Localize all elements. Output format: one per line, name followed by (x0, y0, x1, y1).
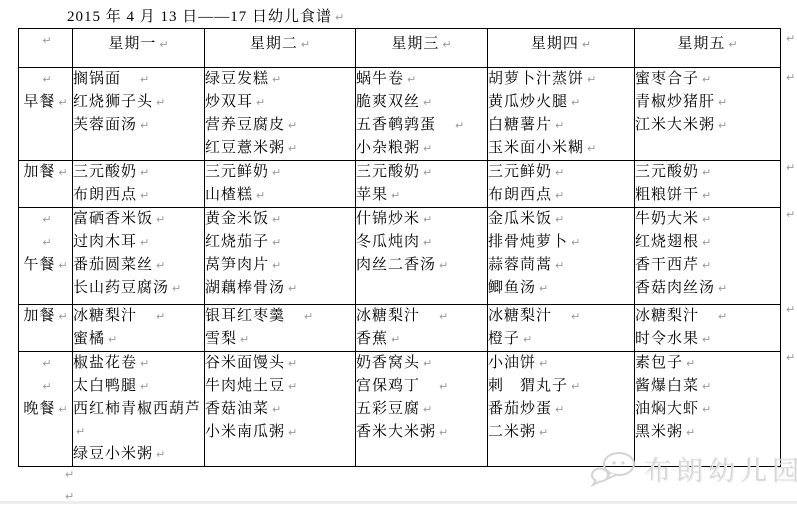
menu-item-text: 红烧翅根 (635, 234, 699, 250)
paragraph-mark-icon: ↵ (702, 73, 711, 86)
menu-cell: 什锦炒米↵冬瓜炖肉↵肉丝二香汤↵ (356, 208, 488, 305)
menu-item: 橙子↵ (488, 328, 634, 351)
paragraph-mark-icon: ↵ (702, 213, 711, 226)
menu-row: 加餐↵冰糖梨汁 ↵蜜橘↵银耳红枣羹 ↵雪梨↵冰糖梨汁 ↵香蕉↵冰糖梨汁 ↵橙子↵… (19, 305, 781, 352)
menu-item-text: 红烧狮子头 (73, 94, 153, 110)
menu-item: 炒双耳↵ (205, 91, 355, 114)
menu-item: 油焖大虾↵ (635, 398, 780, 421)
menu-item-text: 小油饼 (488, 355, 536, 371)
paragraph-mark-icon: ↵ (587, 73, 596, 86)
day-header: 星期二↵ (205, 29, 356, 68)
menu-item: 冰糖梨汁 ↵ (635, 305, 780, 328)
paragraph-mark-icon: ↵ (702, 403, 711, 416)
paragraph-mark-icon: ↵ (272, 236, 281, 249)
menu-item-text: 五彩豆腐 (356, 401, 420, 417)
paragraph-mark-icon: ↵ (288, 119, 297, 132)
menu-item-text: 搁锅面 (73, 71, 137, 87)
menu-cell: 冰糖梨汁 ↵时令水果↵ (635, 305, 781, 352)
menu-item-text: 营养豆腐皮 (205, 117, 285, 133)
menu-item-text: 绿豆发糕 (205, 71, 269, 87)
menu-item-text: 江米大米粥 (635, 117, 715, 133)
menu-item: 富硒香米饭↵ (73, 208, 204, 231)
menu-cell: 奶香窝头↵宫保鸡丁 ↵五彩豆腐↵香米大米粥↵ (356, 352, 488, 467)
menu-item-text: 芙蓉面汤 (73, 117, 137, 133)
paragraph-mark-icon: ↵ (256, 189, 265, 202)
menu-item-text: 油焖大虾 (635, 401, 699, 417)
menu-item-text: 香干西芹 (635, 257, 699, 273)
menu-item-text: 牛奶大米 (635, 211, 699, 227)
menu-cell: 蜗牛卷↵脆爽双丝↵五香鹌鹑蛋 ↵小杂粮粥↵ (356, 68, 488, 161)
watermark: 布朗幼儿园 (590, 449, 797, 488)
menu-item-text: 过肉木耳 (73, 234, 137, 250)
paragraph-mark-icon: ↵ (301, 38, 310, 51)
menu-item-text: 三元酸奶 (635, 164, 699, 180)
menu-item-text: 奶香窝头 (356, 355, 420, 371)
paragraph-mark-icon: ↵ (156, 96, 165, 109)
menu-item-text: 蜜橘 (73, 331, 105, 347)
meal-label-cell: 加餐↵ (19, 161, 73, 208)
paragraph-mark-icon: ↵ (140, 189, 149, 202)
blank-line: ↵ (19, 208, 72, 231)
menu-item-text: 西红柿青椒西葫芦 (73, 401, 201, 417)
paragraph-mark-icon: ↵ (140, 357, 149, 370)
paragraph-mark-icon: ↵ (140, 236, 149, 249)
day-header-text: 星期三 (391, 36, 439, 52)
day-header: 星期四↵ (488, 29, 635, 68)
menu-cell: 银耳红枣羹 ↵雪梨↵ (205, 305, 356, 352)
paragraph-mark-icon: ↵ (58, 166, 67, 179)
menu-item: 红豆薏米粥↵ (205, 137, 355, 160)
paragraph-mark-icon: ↵ (272, 403, 281, 416)
paragraph-mark-icon: ↵ (702, 166, 711, 179)
menu-item-text: 素包子 (635, 355, 683, 371)
menu-item: 太白鸭腿↵ (73, 375, 204, 398)
menu-cell: 冰糖梨汁 ↵香蕉↵ (356, 305, 488, 352)
paragraph-mark-icon: ↵ (686, 426, 695, 439)
menu-cell: 富硒香米饭↵过肉木耳↵番茄圆菜丝↵长山药豆腐汤↵ (73, 208, 205, 305)
paragraph-mark-icon: ↵ (272, 73, 281, 86)
menu-item: 素包子↵ (635, 352, 780, 375)
paragraph-mark-icon: ↵ (288, 426, 297, 439)
menu-item-text: 排骨炖萝卜 (488, 234, 568, 250)
menu-item: 什锦炒米↵ (356, 208, 487, 231)
menu-item-text: 胡萝卜汁蒸饼 (488, 71, 584, 87)
menu-item-text: 橙子 (488, 331, 520, 347)
menu-item: 肉丝二香汤↵ (356, 254, 487, 277)
menu-item: 奶香窝头↵ (356, 352, 487, 375)
menu-item: 胡萝卜汁蒸饼↵ (488, 68, 634, 91)
paragraph-mark-icon: ↵ (42, 236, 51, 249)
page-title-text: 2015 年 4 月 13 日——17 日幼儿食谱 (67, 9, 332, 25)
paragraph-mark-icon: ↵ (156, 448, 165, 461)
menu-item: 蒜蓉茼蒿↵ (488, 254, 634, 277)
menu-item-text: 太白鸭腿 (73, 378, 137, 394)
menu-item-text: 谷米面馒头 (205, 355, 285, 371)
menu-item-text: 蜜枣合子 (635, 71, 699, 87)
menu-item-text: 三元酸奶 (356, 164, 420, 180)
paragraph-mark-icon: ↵ (439, 259, 448, 272)
paragraph-mark-icon: ↵ (58, 403, 67, 416)
paragraph-mark-icon: ↵ (571, 96, 580, 109)
menu-item: 谷米面馒头↵ (205, 352, 355, 375)
menu-item-text: 时令水果 (635, 331, 699, 347)
day-header-text: 星期四 (531, 36, 579, 52)
menu-item-text: 冬瓜炖肉 (356, 234, 420, 250)
menu-item-text: 番茄圆菜丝 (73, 257, 153, 273)
paragraph-mark-icon: ↵ (718, 119, 727, 132)
page-title: 2015 年 4 月 13 日——17 日幼儿食谱↵ (67, 5, 344, 26)
day-header-text: 星期五 (677, 36, 725, 52)
menu-item-text: 青椒炒猪肝 (635, 94, 715, 110)
menu-item: 过肉木耳↵ (73, 231, 204, 254)
menu-item: 刺 猬丸子↵ (488, 375, 634, 398)
menu-row: 加餐↵三元酸奶↵布朗西点↵三元鲜奶↵山楂糕↵三元酸奶↵苹果↵三元鲜奶↵布朗西点↵… (19, 161, 781, 208)
menu-item: 青椒炒猪肝↵ (635, 91, 780, 114)
menu-item-text: 冰糖梨汁 (356, 308, 436, 324)
paragraph-mark-icon: ↵ (786, 208, 795, 221)
paragraph-mark-icon: ↵ (702, 236, 711, 249)
menu-cell: 三元鲜奶↵山楂糕↵ (205, 161, 356, 208)
menu-item: 三元鲜奶↵ (488, 161, 634, 184)
menu-item: 香菇肉丝汤↵ (635, 277, 780, 300)
paragraph-mark-icon: ↵ (272, 259, 281, 272)
menu-item-text: 蒜蓉茼蒿 (488, 257, 552, 273)
menu-item-text: 五香鹌鹑蛋 (356, 117, 452, 133)
day-header-text: 星期二 (250, 36, 298, 52)
paragraph-mark-icon: ↵ (58, 259, 67, 272)
menu-cell: 椒盐花卷↵太白鸭腿↵西红柿青椒西葫芦↵绿豆小米粥↵ (73, 352, 205, 467)
menu-item-text: 牛肉炖土豆 (205, 378, 285, 394)
menu-item: 银耳红枣羹 ↵ (205, 305, 355, 328)
menu-item-text: 香蕉 (356, 331, 388, 347)
menu-item: 香米大米粥↵ (356, 421, 487, 444)
paragraph-mark-icon: ↵ (42, 73, 51, 86)
corner-header-cell: ↵ (19, 29, 73, 68)
paragraph-mark-icon: ↵ (702, 259, 711, 272)
menu-item: 三元鲜奶↵ (205, 161, 355, 184)
menu-item: 番茄炒蛋↵ (488, 398, 634, 421)
paragraph-mark-icon: ↵ (159, 38, 168, 51)
menu-item: 金瓜米饭↵ (488, 208, 634, 231)
paragraph-mark-icon: ↵ (65, 468, 74, 481)
paragraph-mark-icon: ↵ (728, 38, 737, 51)
menu-item: 绿豆发糕↵ (205, 68, 355, 91)
paragraph-mark-icon: ↵ (439, 380, 448, 393)
menu-item: 冰糖梨汁 ↵ (356, 305, 487, 328)
paragraph-mark-icon: ↵ (555, 403, 564, 416)
menu-item: 酱爆白菜↵ (635, 375, 780, 398)
menu-item: 红烧茄子↵ (205, 231, 355, 254)
bottom-divider (0, 501, 797, 504)
menu-cell: 三元酸奶↵粗粮饼干↵ (635, 161, 781, 208)
paragraph-mark-icon: ↵ (140, 166, 149, 179)
menu-item-text: 香米大米粥 (356, 424, 436, 440)
paragraph-mark-icon: ↵ (272, 166, 281, 179)
meal-label: 晚餐 (23, 401, 55, 417)
menu-item-text: 布朗西点 (488, 187, 552, 203)
paragraph-mark-icon: ↵ (42, 380, 51, 393)
menu-item: 布朗西点↵ (488, 184, 634, 207)
menu-item: 冰糖梨汁 ↵ (73, 305, 204, 328)
menu-item-text: 冰糖梨汁 (73, 308, 153, 324)
menu-item: 蜜橘↵ (73, 328, 204, 351)
menu-item-text: 白糖薯片 (488, 117, 552, 133)
menu-item: 时令水果↵ (635, 328, 780, 351)
menu-item-text: 长山药豆腐汤 (73, 280, 169, 296)
menu-cell: 金瓜米饭↵排骨炖萝卜↵蒜蓉茼蒿↵鲫鱼汤↵ (488, 208, 635, 305)
paragraph-mark-icon: ↵ (555, 259, 564, 272)
menu-cell: 胡萝卜汁蒸饼↵黄瓜炒火腿↵白糖薯片↵玉米面小米糊↵ (488, 68, 635, 161)
paragraph-mark-icon: ↵ (786, 161, 795, 174)
menu-item-text: 小杂粮粥 (356, 140, 420, 156)
menu-item-text: 黄金米饭 (205, 211, 269, 227)
paragraph-mark-icon: ↵ (288, 357, 297, 370)
paragraph-mark-icon: ↵ (702, 333, 711, 346)
paragraph-mark-icon: ↵ (786, 32, 795, 45)
menu-item: 牛奶大米↵ (635, 208, 780, 231)
menu-row: ↵↵午餐↵富硒香米饭↵过肉木耳↵番茄圆菜丝↵长山药豆腐汤↵黄金米饭↵红烧茄子↵莴… (19, 208, 781, 305)
menu-item-text: 布朗西点 (73, 187, 137, 203)
menu-item-text: 肉丝二香汤 (356, 257, 436, 273)
menu-item-text: 银耳红枣羹 (205, 308, 301, 324)
paragraph-mark-icon: ↵ (288, 142, 297, 155)
meal-label-cell: ↵早餐↵ (19, 68, 73, 161)
meal-label-cell: 加餐↵ (19, 305, 73, 352)
meal-label-cell: ↵↵午餐↵ (19, 208, 73, 305)
menu-item-text: 黄瓜炒火腿 (488, 94, 568, 110)
paragraph-mark-icon: ↵ (539, 426, 548, 439)
menu-item: 营养豆腐皮↵ (205, 114, 355, 137)
paragraph-mark-icon: ↵ (156, 259, 165, 272)
paragraph-mark-icon: ↵ (288, 282, 297, 295)
menu-item: 二米粥↵ (488, 421, 634, 444)
paragraph-mark-icon: ↵ (439, 426, 448, 439)
menu-item-text: 玉米面小米糊 (488, 140, 584, 156)
menu-item-text: 金瓜米饭 (488, 211, 552, 227)
paragraph-mark-icon: ↵ (423, 403, 432, 416)
menu-item: 长山药豆腐汤↵ (73, 277, 204, 300)
menu-item: 冰糖梨汁 ↵ (488, 305, 634, 328)
menu-item-text: 绿豆小米粥 (73, 446, 153, 462)
paragraph-mark-icon: ↵ (702, 189, 711, 202)
paragraph-mark-icon: ↵ (539, 357, 548, 370)
menu-item-text: 红烧茄子 (205, 234, 269, 250)
menu-item-text: 刺 猬丸子 (488, 378, 568, 394)
paragraph-mark-icon: ↵ (539, 282, 548, 295)
meal-label: 加餐 (23, 164, 55, 180)
paragraph-mark-icon: ↵ (140, 73, 149, 86)
menu-item: 黄金米饭↵ (205, 208, 355, 231)
paragraph-mark-icon: ↵ (391, 189, 400, 202)
day-header: 星期五↵ (635, 29, 781, 68)
menu-item: 脆爽双丝↵ (356, 91, 487, 114)
paragraph-mark-icon: ↵ (42, 213, 51, 226)
menu-item: 鲫鱼汤↵ (488, 277, 634, 300)
menu-item: 五香鹌鹑蛋 ↵ (356, 114, 487, 137)
menu-item: 蜗牛卷↵ (356, 68, 487, 91)
paragraph-mark-icon: ↵ (272, 213, 281, 226)
menu-item-text: 炒双耳 (205, 94, 253, 110)
menu-item: 布朗西点↵ (73, 184, 204, 207)
menu-item: 五彩豆腐↵ (356, 398, 487, 421)
menu-item-text: 粗粮饼干 (635, 187, 699, 203)
menu-item: 香菇油菜↵ (205, 398, 355, 421)
menu-cell: 黄金米饭↵红烧茄子↵莴笋肉片↵湖藕棒骨汤↵ (205, 208, 356, 305)
menu-row: ↵早餐↵搁锅面 ↵红烧狮子头↵芙蓉面汤↵绿豆发糕↵炒双耳↵营养豆腐皮↵红豆薏米粥… (19, 68, 781, 161)
paragraph-mark-icon: ↵ (423, 166, 432, 179)
paragraph-mark-icon: ↵ (42, 357, 51, 370)
paragraph-mark-icon: ↵ (140, 119, 149, 132)
paragraph-mark-icon: ↵ (718, 282, 727, 295)
chat-bubbles-icon (590, 451, 638, 487)
paragraph-mark-icon: ↵ (76, 425, 85, 438)
paragraph-mark-icon: ↵ (108, 333, 117, 346)
menu-item-text: 山楂糕 (205, 187, 253, 203)
menu-item-text: 莴笋肉片 (205, 257, 269, 273)
paragraph-mark-icon: ↵ (555, 166, 564, 179)
blank-line: ↵ (19, 352, 72, 375)
menu-item-text: 香菇肉丝汤 (635, 280, 715, 296)
paragraph-mark-icon: ↵ (423, 213, 432, 226)
menu-item: 玉米面小米糊↵ (488, 137, 634, 160)
meal-label: 加餐 (23, 308, 55, 324)
menu-item-text: 红豆薏米粥 (205, 140, 285, 156)
menu-item-text: 富硒香米饭 (73, 211, 153, 227)
menu-item: 红烧狮子头↵ (73, 91, 204, 114)
paragraph-mark-icon: ↵ (240, 333, 249, 346)
paragraph-mark-icon: ↵ (786, 303, 795, 316)
paragraph-mark-icon: ↵ (407, 73, 416, 86)
menu-item-text: 三元鲜奶 (488, 164, 552, 180)
menu-cell: 牛奶大米↵红烧翅根↵香干西芹↵香菇肉丝汤↵ (635, 208, 781, 305)
menu-item: 冬瓜炖肉↵ (356, 231, 487, 254)
menu-item-text: 香菇油菜 (205, 401, 269, 417)
day-header: 星期一↵ (73, 29, 205, 68)
menu-item: 芙蓉面汤↵ (73, 114, 204, 137)
menu-item: 雪梨↵ (205, 328, 355, 351)
menu-item-text: 椒盐花卷 (73, 355, 137, 371)
menu-cell: 蜜枣合子↵青椒炒猪肝↵江米大米粥↵ (635, 68, 781, 161)
menu-item: 宫保鸡丁 ↵ (356, 375, 487, 398)
menu-item-text: 小米南瓜粥 (205, 424, 285, 440)
day-header: 星期三↵ (356, 29, 488, 68)
menu-item: 粗粮饼干↵ (635, 184, 780, 207)
menu-item: 小米南瓜粥↵ (205, 421, 355, 444)
menu-cell: 绿豆发糕↵炒双耳↵营养豆腐皮↵红豆薏米粥↵ (205, 68, 356, 161)
meal-label: 午餐 (23, 257, 55, 273)
blank-line: ↵ (19, 231, 72, 254)
menu-item: 江米大米粥↵ (635, 114, 780, 137)
paragraph-mark-icon: ↵ (140, 380, 149, 393)
paragraph-mark-icon: ↵ (256, 96, 265, 109)
paragraph-mark-icon: ↵ (571, 236, 580, 249)
menu-item-text: 雪梨 (205, 331, 237, 347)
menu-item-text: 什锦炒米 (356, 211, 420, 227)
paragraph-mark-icon: ↵ (391, 333, 400, 346)
paragraph-mark-icon: ↵ (702, 380, 711, 393)
menu-item: 黑米粥↵ (635, 421, 780, 444)
paragraph-mark-icon: ↵ (718, 96, 727, 109)
paragraph-mark-icon: ↵ (555, 213, 564, 226)
paragraph-mark-icon: ↵ (58, 96, 67, 109)
day-header-text: 星期一 (108, 36, 156, 52)
menu-item: 番茄圆菜丝↵ (73, 254, 204, 277)
menu-item-text: 三元酸奶 (73, 164, 137, 180)
paragraph-mark-icon: ↵ (156, 310, 165, 323)
menu-item: 香蕉↵ (356, 328, 487, 351)
watermark-text: 布朗幼儿园 (644, 449, 797, 488)
menu-cell: 三元酸奶↵布朗西点↵ (73, 161, 205, 208)
menu-item: 山楂糕↵ (205, 184, 355, 207)
paragraph-mark-icon: ↵ (42, 34, 51, 47)
menu-item: 黄瓜炒火腿↵ (488, 91, 634, 114)
paragraph-mark-icon: ↵ (156, 213, 165, 226)
meal-label: 早餐 (23, 94, 55, 110)
menu-cell: 冰糖梨汁 ↵橙子↵ (488, 305, 635, 352)
menu-item-text: 黑米粥 (635, 424, 683, 440)
paragraph-mark-icon: ↵ (686, 357, 695, 370)
menu-item: 红烧翅根↵ (635, 231, 780, 254)
menu-item: 湖藕棒骨汤↵ (205, 277, 355, 300)
menu-item-text: 鲫鱼汤 (488, 280, 536, 296)
paragraph-mark-icon: ↵ (786, 71, 795, 84)
menu-item: 牛肉炖土豆↵ (205, 375, 355, 398)
menu-item-text: 宫保鸡丁 (356, 378, 436, 394)
menu-cell: 谷米面馒头↵牛肉炖土豆↵香菇油菜↵小米南瓜粥↵ (205, 352, 356, 467)
menu-item-text: 三元鲜奶 (205, 164, 269, 180)
paragraph-mark-icon: ↵ (587, 142, 596, 155)
menu-cell: 冰糖梨汁 ↵蜜橘↵ (73, 305, 205, 352)
menu-item-text: 湖藕棒骨汤 (205, 280, 285, 296)
document-page: 2015 年 4 月 13 日——17 日幼儿食谱↵ ↵星期一↵星期二↵星期三↵… (0, 0, 797, 509)
paragraph-mark-icon: ↵ (571, 310, 580, 323)
paragraph-mark-icon: ↵ (718, 310, 727, 323)
paragraph-mark-icon: ↵ (442, 38, 451, 51)
menu-item: 白糖薯片↵ (488, 114, 634, 137)
menu-item: 三元酸奶↵ (356, 161, 487, 184)
menu-item-text: 酱爆白菜 (635, 378, 699, 394)
menu-item-text: 番茄炒蛋 (488, 401, 552, 417)
paragraph-mark-icon: ↵ (582, 38, 591, 51)
menu-cell: 三元酸奶↵苹果↵ (356, 161, 488, 208)
paragraph-mark-icon: ↵ (423, 142, 432, 155)
menu-item-text: 蜗牛卷 (356, 71, 404, 87)
paragraph-mark-icon: ↵ (455, 119, 464, 132)
menu-item-text: 冰糖梨汁 (635, 308, 715, 324)
blank-line: ↵ (19, 68, 72, 91)
menu-cell: 三元鲜奶↵布朗西点↵ (488, 161, 635, 208)
paragraph-mark-icon: ↵ (423, 236, 432, 249)
paragraph-mark-icon: ↵ (571, 380, 580, 393)
menu-item: 排骨炖萝卜↵ (488, 231, 634, 254)
menu-item: 搁锅面 ↵ (73, 68, 204, 91)
paragraph-mark-icon: ↵ (555, 119, 564, 132)
menu-cell: 搁锅面 ↵红烧狮子头↵芙蓉面汤↵ (73, 68, 205, 161)
menu-item: 三元酸奶↵ (73, 161, 204, 184)
paragraph-mark-icon: ↵ (423, 357, 432, 370)
paragraph-mark-icon: ↵ (786, 351, 795, 364)
menu-item: 三元酸奶↵ (635, 161, 780, 184)
menu-item-text: 冰糖梨汁 (488, 308, 568, 324)
paragraph-mark-icon: ↵ (172, 282, 181, 295)
menu-item: 小油饼↵ (488, 352, 634, 375)
menu-item: 椒盐花卷↵ (73, 352, 204, 375)
paragraph-mark-icon: ↵ (304, 310, 313, 323)
weekly-menu-table: ↵星期一↵星期二↵星期三↵星期四↵星期五↵↵早餐↵搁锅面 ↵红烧狮子头↵芙蓉面汤… (18, 28, 781, 467)
menu-item: 莴笋肉片↵ (205, 254, 355, 277)
menu-item: 香干西芹↵ (635, 254, 780, 277)
menu-item: 苹果↵ (356, 184, 487, 207)
